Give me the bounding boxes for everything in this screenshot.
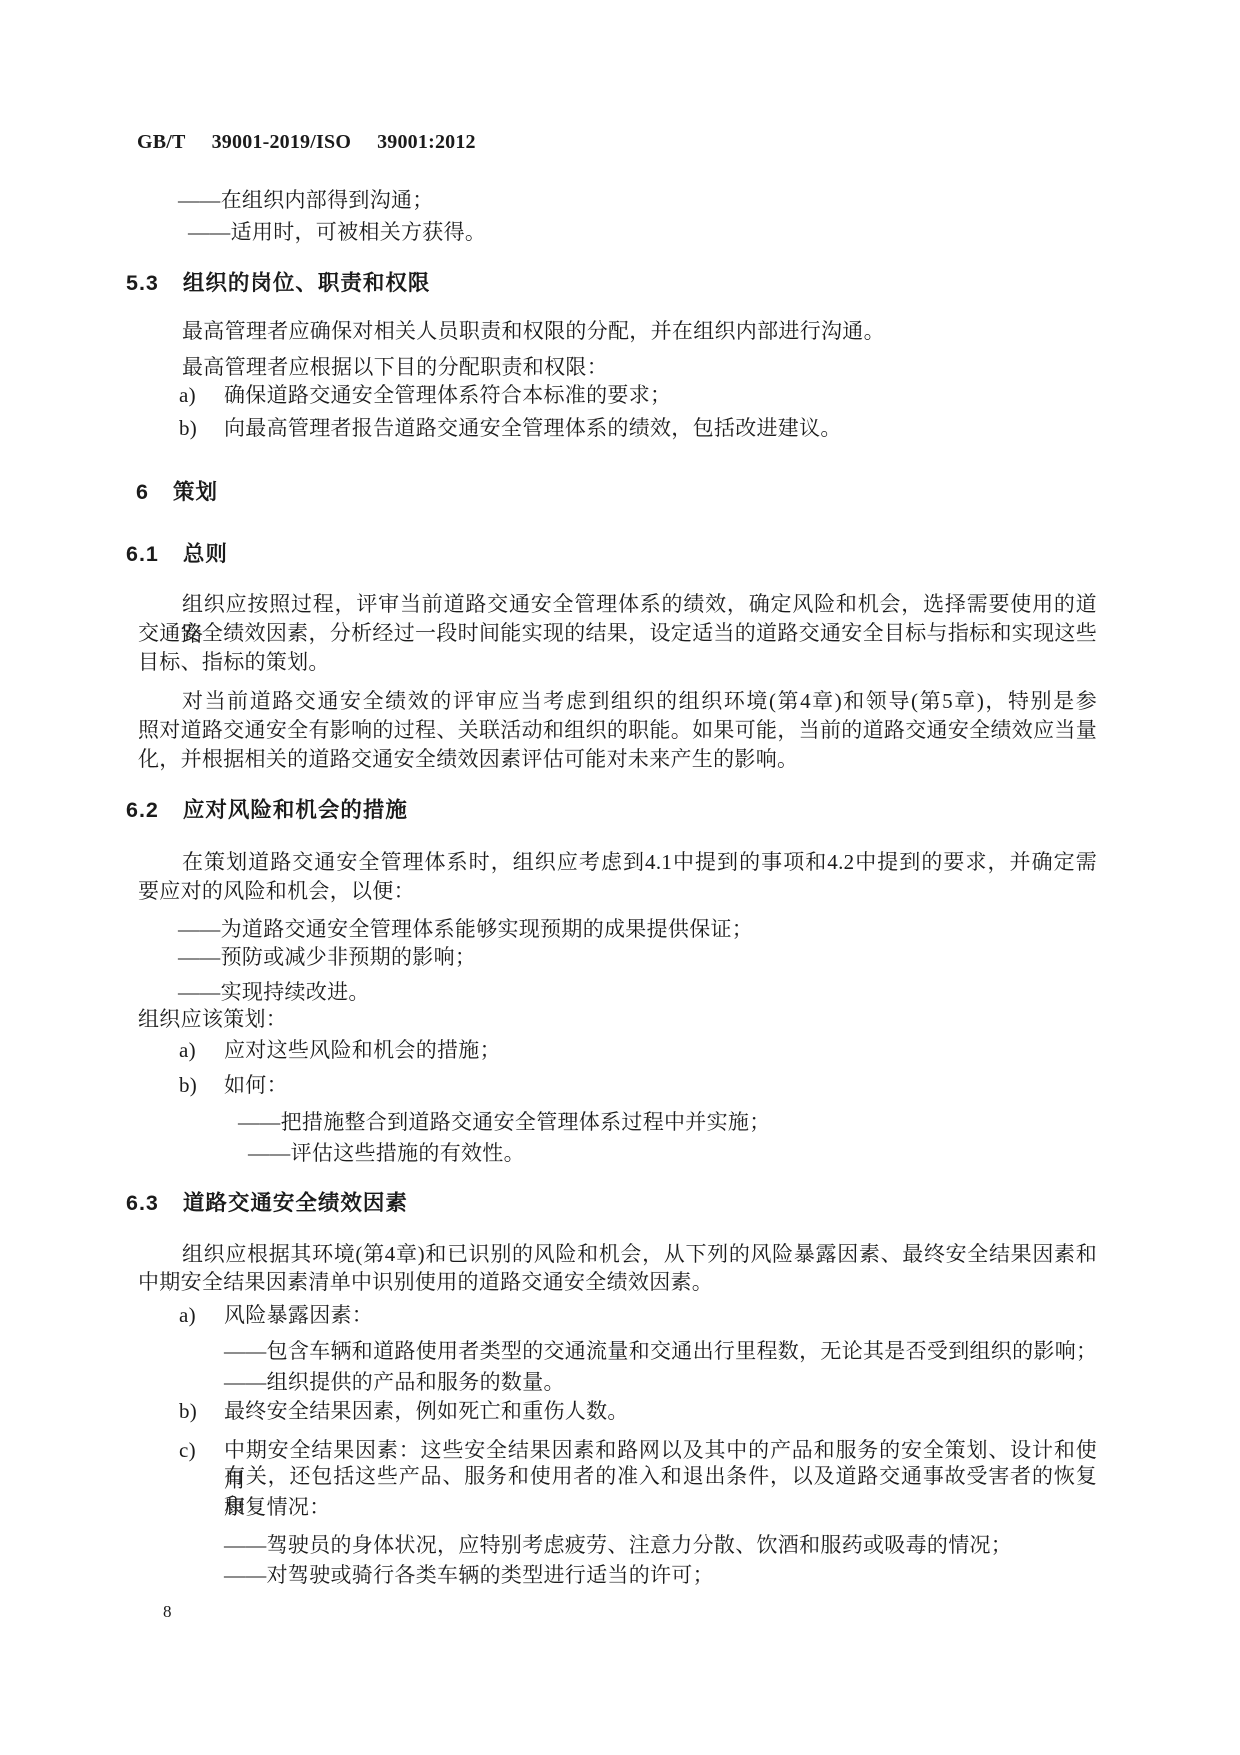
paragraph: 最高管理者应根据以下目的分配职责和权限： [182, 352, 608, 382]
paragraph-line: 在策划道路交通安全管理体系时，组织应考虑到4.1中提到的事项和4.2中提到的要求… [182, 847, 1097, 877]
clause-title: 道路交通安全绩效因素 [183, 1188, 408, 1218]
list-marker-a: a) [179, 380, 196, 410]
list-item-b: 向最高管理者报告道路交通安全管理体系的绩效，包括改进建议。 [224, 413, 842, 443]
clause-title: 组织的岗位、职责和权限 [183, 268, 431, 298]
clause-heading-5-3: 5.3 组织的岗位、职责和权限 [126, 268, 430, 298]
list-marker-c: c) [179, 1435, 196, 1465]
list-item-a: 应对这些风险和机会的措施； [224, 1035, 501, 1065]
paragraph-line: 中期安全结果因素清单中识别使用的道路交通安全绩效因素。 [138, 1267, 713, 1297]
list-item-a: 确保道路交通安全管理体系符合本标准的要求； [224, 380, 671, 410]
paragraph-line: 要应对的风险和机会，以便： [138, 876, 415, 906]
clause-number: 6.1 [126, 539, 159, 569]
nested-dash-item: ——包含车辆和道路使用者类型的交通流量和交通出行里程数，无论其是否受到组织的影响… [224, 1336, 1097, 1366]
chapter-number: 6 [136, 477, 149, 507]
document-page: GB/T 39001-2019/ISO 39001:2012 ——在组织内部得到… [0, 0, 1240, 1755]
list-marker-a: a) [179, 1300, 196, 1330]
paragraph-line: 化，并根据相关的道路交通安全绩效因素评估可能对未来产生的影响。 [138, 744, 798, 774]
clause-heading-6-1: 6.1 总则 [126, 539, 228, 569]
chapter-title: 策划 [173, 477, 218, 507]
nested-dash-item: ——组织提供的产品和服务的数量。 [224, 1367, 565, 1397]
clause-heading-6-2: 6.2 应对风险和机会的措施 [126, 795, 408, 825]
dash-item: ——适用时，可被相关方获得。 [188, 217, 486, 247]
list-marker-b: b) [179, 413, 197, 443]
dash-item: ——在组织内部得到沟通； [178, 185, 434, 215]
page-number: 8 [163, 1597, 172, 1627]
paragraph-line: 目标、指标的策划。 [138, 647, 330, 677]
list-marker-b: b) [179, 1070, 197, 1100]
running-header: GB/T 39001-2019/ISO 39001:2012 [137, 128, 476, 156]
standard-number: 39001-2019/ISO [212, 128, 351, 156]
list-item-c-line: 有关，还包括这些产品、服务和使用者的准入和退出条件，以及道路交通事故受害者的恢复… [224, 1461, 1097, 1521]
dash-item: ——预防或减少非预期的影响； [178, 942, 476, 972]
list-item-c-line: 康复情况： [224, 1492, 331, 1522]
clause-number: 5.3 [126, 268, 159, 298]
clause-number: 6.3 [126, 1188, 159, 1218]
paragraph: 最高管理者应确保对相关人员职责和权限的分配，并在组织内部进行沟通。 [182, 316, 885, 346]
nested-dash-item: ——把措施整合到道路交通安全管理体系过程中并实施； [238, 1107, 771, 1137]
list-marker-a: a) [179, 1035, 196, 1065]
dash-item: ——实现持续改进。 [178, 977, 370, 1007]
paragraph-line: 对当前道路交通安全绩效的评审应当考虑到组织的组织环境(第4章)和领导(第5章)，… [182, 686, 1097, 716]
list-item-a: 风险暴露因素： [224, 1300, 373, 1330]
iso-number: 39001:2012 [377, 128, 476, 156]
clause-number: 6.2 [126, 795, 159, 825]
chapter-heading-6: 6 策划 [136, 477, 218, 507]
list-item-b: 如何： [224, 1070, 288, 1100]
standard-prefix: GB/T [137, 128, 186, 156]
clause-heading-6-3: 6.3 道路交通安全绩效因素 [126, 1188, 408, 1218]
paragraph: 组织应该策划： [138, 1004, 287, 1034]
paragraph-line: 照对道路交通安全有影响的过程、关联活动和组织的职能。如果可能，当前的道路交通安全… [138, 715, 1097, 745]
list-marker-b: b) [179, 1396, 197, 1426]
dash-item: ——为道路交通安全管理体系能够实现预期的成果提供保证； [178, 914, 753, 944]
nested-dash-item: ——对驾驶或骑行各类车辆的类型进行适当的许可； [224, 1560, 714, 1590]
nested-dash-item: ——驾驶员的身体状况，应特别考虑疲劳、注意力分散、饮酒和服药或吸毒的情况； [224, 1530, 1012, 1560]
list-item-b: 最终安全结果因素，例如死亡和重伤人数。 [224, 1396, 629, 1426]
clause-title: 应对风险和机会的措施 [183, 795, 408, 825]
paragraph-line: 交通安全绩效因素，分析经过一段时间能实现的结果，设定适当的道路交通安全目标与指标… [138, 618, 1097, 648]
nested-dash-item: ——评估这些措施的有效性。 [248, 1138, 525, 1168]
paragraph-line: 组织应根据其环境(第4章)和已识别的风险和机会，从下列的风险暴露因素、最终安全结… [182, 1239, 1097, 1269]
clause-title: 总则 [183, 539, 228, 569]
